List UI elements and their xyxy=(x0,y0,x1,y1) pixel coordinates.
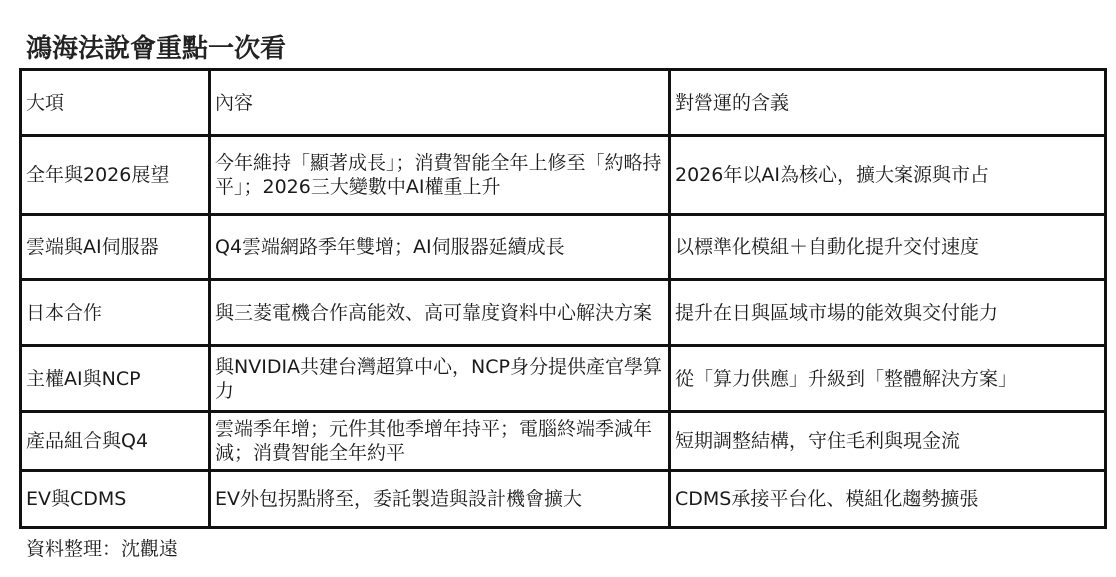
cell-implication: 以標準化模組＋自動化提升交付速度 xyxy=(670,215,1106,280)
cell-item: 全年與2026展望 xyxy=(21,136,210,215)
cell-content: 與三菱電機合作高能效、高可靠度資料中心解決方案 xyxy=(210,280,670,346)
cell-content: 雲端季年增；元件其他季增年持平；電腦終端季減年減；消費智能全年約平 xyxy=(210,412,670,471)
table-row: EV與CDMS EV外包拐點將至，委託製造與設計機會擴大 CDMS承接平台化、模… xyxy=(21,471,1106,528)
table-row: 全年與2026展望 今年維持「顯著成長」；消費智能全年上修至「約略持平」；202… xyxy=(21,136,1106,215)
cell-content: Q4雲端網路季年雙增；AI伺服器延續成長 xyxy=(210,215,670,280)
cell-implication: 從「算力供應」升級到「整體解決方案」 xyxy=(670,346,1106,412)
table-row: 雲端與AI伺服器 Q4雲端網路季年雙增；AI伺服器延續成長 以標準化模組＋自動化… xyxy=(21,215,1106,280)
table-row: 日本合作 與三菱電機合作高能效、高可靠度資料中心解決方案 提升在日與區域市場的能… xyxy=(21,280,1106,346)
cell-item: EV與CDMS xyxy=(21,471,210,528)
header-cell-item: 大項 xyxy=(21,70,210,136)
cell-content: 與NVIDIA共建台灣超算中心，NCP身分提供產官學算力 xyxy=(210,346,670,412)
cell-item: 產品組合與Q4 xyxy=(21,412,210,471)
page-title: 鴻海法說會重點一次看 xyxy=(26,34,286,64)
cell-implication: 2026年以AI為核心，擴大案源與市占 xyxy=(670,136,1106,215)
table-row: 主權AI與NCP 與NVIDIA共建台灣超算中心，NCP身分提供產官學算力 從「… xyxy=(21,346,1106,412)
cell-implication: 短期調整結構，守住毛利與現金流 xyxy=(670,412,1106,471)
summary-table: 大項 內容 對營運的含義 全年與2026展望 今年維持「顯著成長」；消費智能全年… xyxy=(19,68,1107,529)
cell-item: 主權AI與NCP xyxy=(21,346,210,412)
source-credit: 資料整理：沈觀遠 xyxy=(26,536,178,562)
cell-implication: 提升在日與區域市場的能效與交付能力 xyxy=(670,280,1106,346)
cell-content: EV外包拐點將至，委託製造與設計機會擴大 xyxy=(210,471,670,528)
cell-item: 日本合作 xyxy=(21,280,210,346)
table-header-row: 大項 內容 對營運的含義 xyxy=(21,70,1106,136)
header-cell-implication: 對營運的含義 xyxy=(670,70,1106,136)
cell-content: 今年維持「顯著成長」；消費智能全年上修至「約略持平」；2026三大變數中AI權重… xyxy=(210,136,670,215)
cell-item: 雲端與AI伺服器 xyxy=(21,215,210,280)
table-row: 產品組合與Q4 雲端季年增；元件其他季增年持平；電腦終端季減年減；消費智能全年約… xyxy=(21,412,1106,471)
cell-implication: CDMS承接平台化、模組化趨勢擴張 xyxy=(670,471,1106,528)
header-cell-content: 內容 xyxy=(210,70,670,136)
